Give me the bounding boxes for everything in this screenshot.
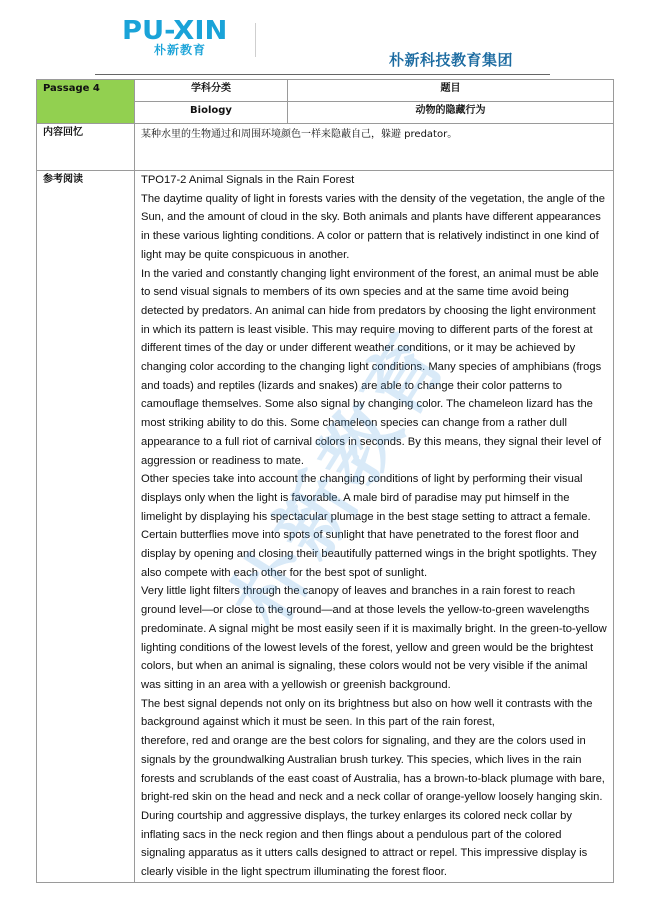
topic-value: 动物的隐藏行为 — [288, 102, 614, 124]
reading-paragraph: The best signal depends not only on its … — [141, 695, 607, 732]
topic-header: 题目 — [288, 80, 614, 102]
recall-text: 某种水里的生物通过和周围环境颜色一样来隐蔽自己，躲避 predator。 — [135, 124, 614, 171]
reading-paragraph: The daytime quality of light in forests … — [141, 190, 607, 265]
table-row-reading: 参考阅读 TPO17-2 Animal Signals in the Rain … — [37, 171, 614, 883]
header-rule — [95, 74, 550, 75]
company-name: 朴新科技教育集团 — [389, 50, 513, 70]
reading-paragraph: Very little light filters through the ca… — [141, 582, 607, 694]
recall-label: 内容回忆 — [37, 124, 135, 171]
passage-label-cell: Passage 4 — [37, 80, 135, 124]
puxin-logo: PU-XIN 朴新教育 — [122, 18, 262, 60]
reading-paragraph: Other species take into account the chan… — [141, 470, 607, 582]
logo-divider — [255, 23, 256, 57]
page-header: PU-XIN 朴新教育 朴新科技教育集团 — [0, 0, 645, 80]
table-row-header: Passage 4 学科分类 题目 — [37, 80, 614, 102]
logo-wordmark: PU-XIN — [122, 18, 227, 44]
reading-content: TPO17-2 Animal Signals in the Rain Fores… — [135, 171, 614, 883]
reading-paragraph: In the varied and constantly changing li… — [141, 265, 607, 471]
subject-value: Biology — [135, 102, 288, 124]
logo-chinese-name: 朴新教育 — [154, 43, 206, 57]
passage-label: Passage 4 — [43, 83, 100, 94]
reading-title: TPO17-2 Animal Signals in the Rain Fores… — [141, 171, 607, 190]
subject-header: 学科分类 — [135, 80, 288, 102]
passage-table: Passage 4 学科分类 题目 Biology 动物的隐藏行为 内容回忆 某… — [36, 79, 614, 883]
table-row-recall: 内容回忆 某种水里的生物通过和周围环境颜色一样来隐蔽自己，躲避 predator… — [37, 124, 614, 171]
reading-paragraph: therefore, red and orange are the best c… — [141, 732, 607, 882]
reading-label: 参考阅读 — [37, 171, 135, 883]
